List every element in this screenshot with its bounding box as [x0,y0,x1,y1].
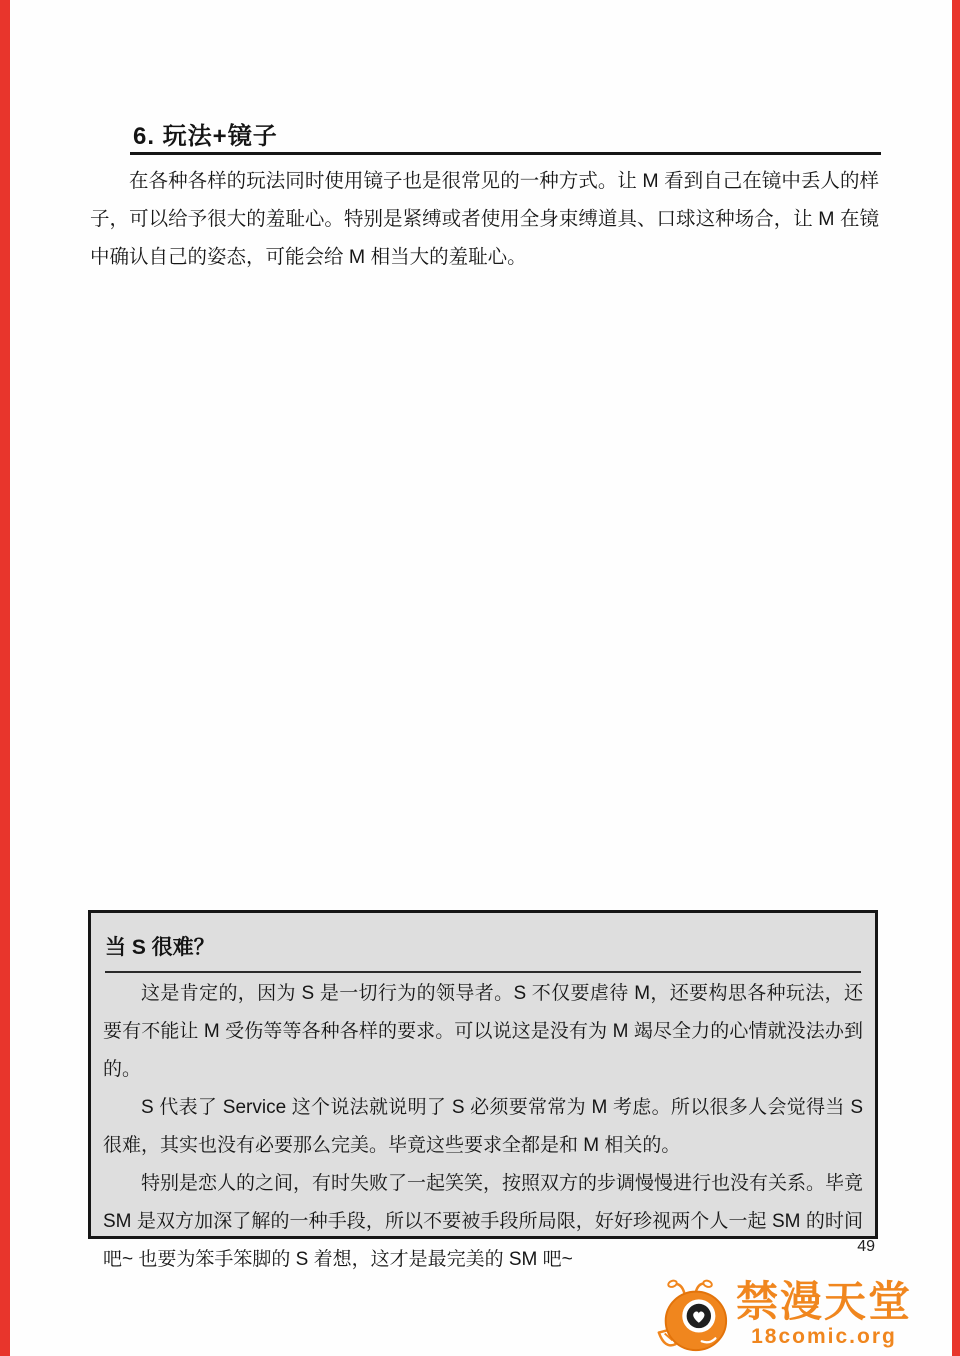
heading-underline [130,152,881,155]
scan-edge-right [952,0,960,1356]
callout-title: 当 S 很难？ [105,931,863,961]
callout-box: 当 S 很难？ 这是肯定的，因为 S 是一切行为的领导者。S 不仅要虐待 M，还… [88,910,878,1239]
callout-title-rule [105,971,861,973]
orange-mascot-icon [652,1276,732,1354]
callout-paragraph-3: 特别是恋人的之间，有时失败了一起笑笑，按照双方的步调慢慢进行也没有关系。毕竟 S… [103,1165,863,1279]
section-heading: 6. 玩法+镜子 [133,116,278,151]
document-page: 6. 玩法+镜子 在各种各样的玩法同时使用镜子也是很常见的一种方式。让 M 看到… [0,0,960,1356]
callout-paragraph-1: 这是肯定的，因为 S 是一切行为的领导者。S 不仅要虐待 M，还要构思各种玩法，… [103,975,863,1089]
watermark-site-url: 18comic.org [751,1325,897,1349]
section-paragraph: 在各种各样的玩法同时使用镜子也是很常见的一种方式。让 M 看到自己在镜中丢人的样… [90,162,879,276]
watermark: 禁漫天堂 18comic.org [652,1276,912,1354]
scan-edge-left [0,0,10,1356]
page-number: 49 [857,1238,875,1256]
callout-paragraph-2: S 代表了 Service 这个说法就说明了 S 必须要常常为 M 考虑。所以很… [103,1089,863,1165]
watermark-text: 禁漫天堂 18comic.org [736,1281,912,1349]
watermark-site-name: 禁漫天堂 [736,1281,912,1323]
